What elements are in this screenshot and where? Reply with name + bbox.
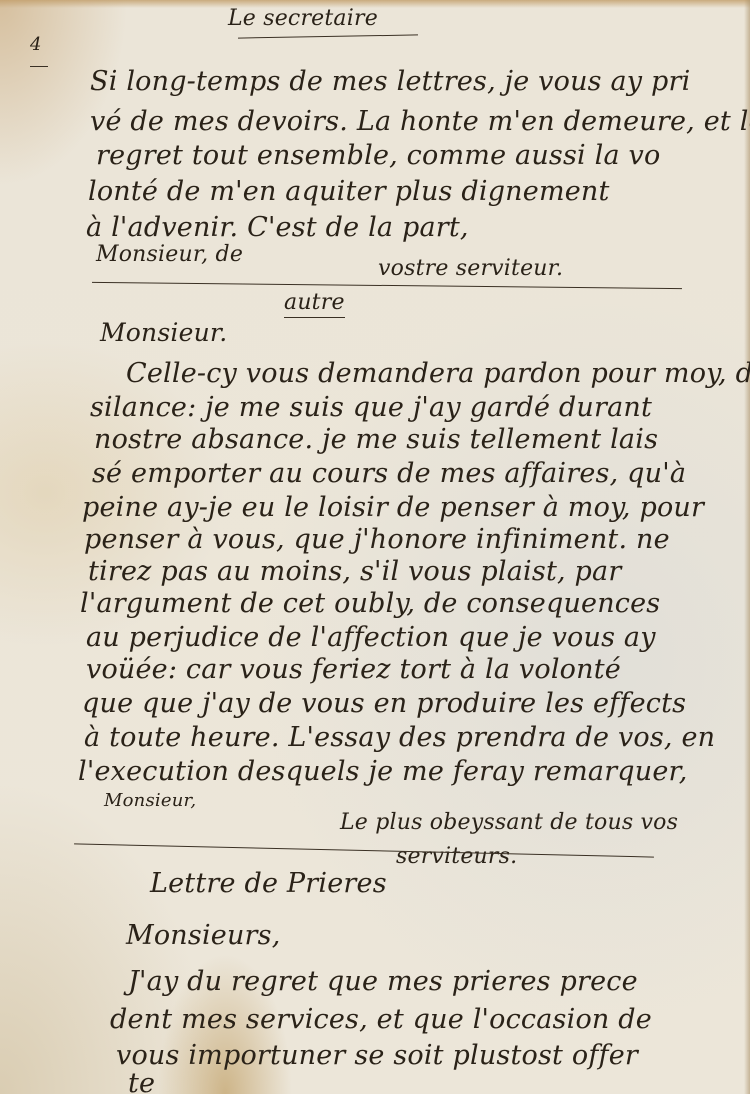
text-line: peine ay-je eu le loisir de penser à moy… bbox=[82, 492, 704, 523]
text-line: vous importuner se soit plustost offer bbox=[116, 1040, 638, 1071]
text-line: penser à vous, que j'honore infiniment. … bbox=[84, 524, 670, 555]
text-line: l'execution desquels je me feray remarqu… bbox=[78, 756, 687, 787]
section-divider bbox=[74, 843, 654, 857]
text-line: Celle-cy vous demandera pardon pour moy,… bbox=[126, 358, 750, 389]
text-line: tirez pas au moins, s'il vous plaist, pa… bbox=[88, 556, 621, 587]
page-title: Le secretaire bbox=[228, 6, 378, 31]
salutation: Monsieur. bbox=[100, 318, 227, 347]
section-heading: autre bbox=[284, 290, 345, 318]
text-line: sé emporter au cours de mes affaires, qu… bbox=[92, 458, 686, 489]
salutation: Monsieurs, bbox=[126, 920, 281, 951]
text-line: silance: je me suis que j'ay gardé duran… bbox=[90, 392, 652, 423]
text-line: regret tout ensemble, comme aussi la vo bbox=[96, 140, 660, 171]
text-line: dent mes services, et que l'occasion de bbox=[110, 1004, 652, 1035]
text-line: à l'advenir. C'est de la part, bbox=[86, 212, 469, 243]
signature-line: Le plus obeyssant de tous vos bbox=[340, 810, 678, 835]
signature: vostre serviteur. bbox=[378, 256, 563, 281]
page-edge bbox=[744, 0, 750, 1094]
manuscript-page: 4 Le secretaire Si long-temps de mes let… bbox=[0, 0, 750, 1094]
folio-mark: 4 bbox=[30, 34, 42, 55]
text-line: voüée: car vous feriez tort à la volonté bbox=[86, 654, 621, 685]
text-line: vé de mes devoirs. La honte m'en demeure… bbox=[90, 106, 750, 137]
text-line: te bbox=[128, 1068, 155, 1094]
text-line: Si long-temps de mes lettres, je vous ay… bbox=[90, 66, 690, 97]
closing-salutation: Monsieur, de bbox=[96, 242, 243, 267]
text-line: l'argument de cet oubly, de consequences bbox=[80, 588, 660, 619]
text-line: J'ay du regret que mes prieres prece bbox=[128, 966, 638, 997]
section-divider bbox=[92, 282, 682, 289]
text-line: au perjudice de l'affection que je vous … bbox=[86, 622, 656, 653]
title-underline bbox=[238, 34, 418, 38]
folio-underline bbox=[30, 66, 48, 67]
signature-line: serviteurs. bbox=[396, 844, 517, 869]
text-line: à toute heure. L'essay des prendra de vo… bbox=[84, 722, 715, 753]
text-line: lonté de m'en aquiter plus dignement bbox=[88, 176, 610, 207]
section-heading: Lettre de Prieres bbox=[150, 868, 387, 899]
closing-salutation: Monsieur, bbox=[104, 790, 196, 811]
text-line: que que j'ay de vous en produire les eff… bbox=[82, 688, 686, 719]
text-line: nostre absance. je me suis tellement lai… bbox=[94, 424, 658, 455]
